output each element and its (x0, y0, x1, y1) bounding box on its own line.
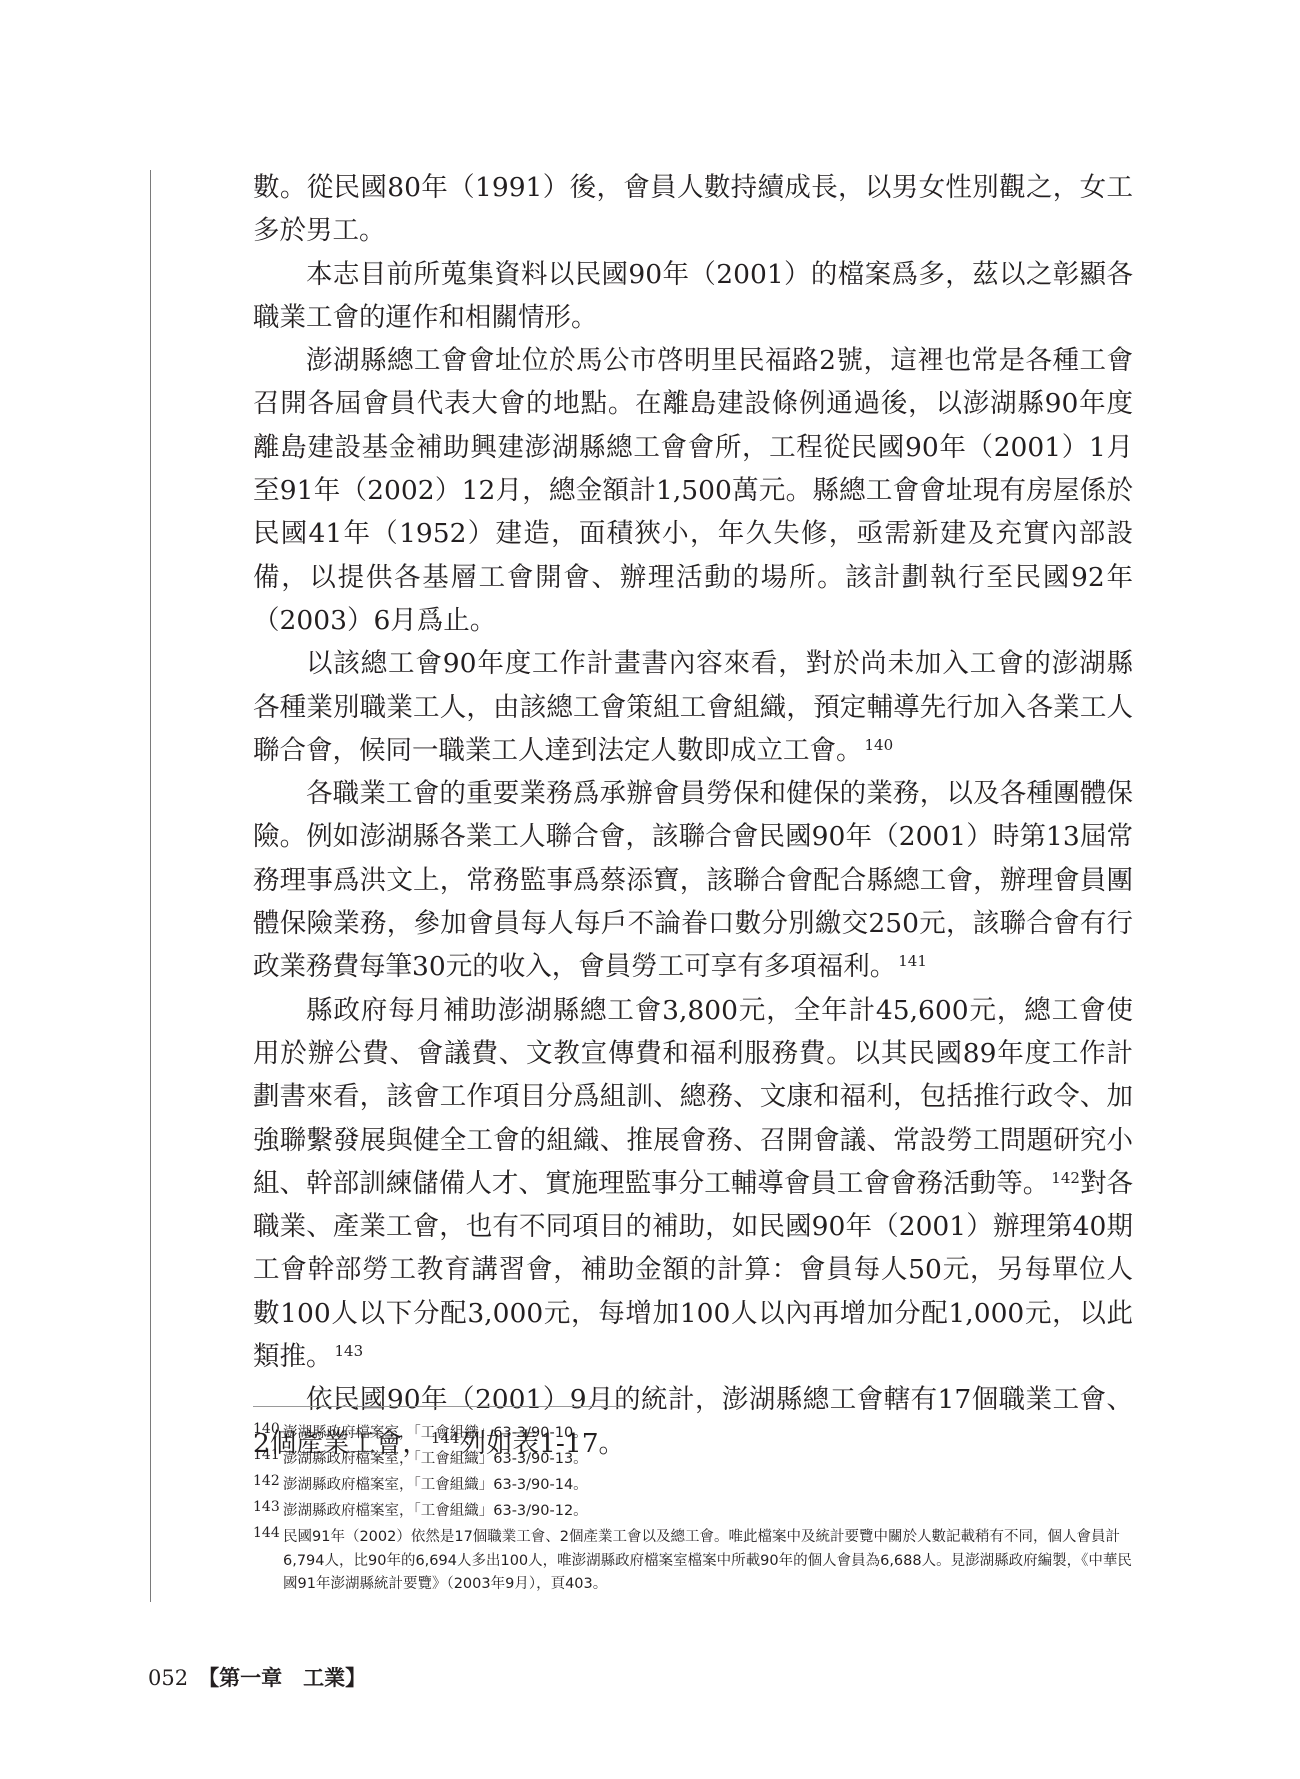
paragraph-text: 以該總工會90年度工作計畫書內容來看，對於尚未加入工會的澎湖縣各種業別職業工人，… (253, 648, 1133, 766)
margin-vertical-rule (150, 170, 151, 1602)
footnote-text: 澎湖縣政府檔案室，「工會組織」63-3/90-12。 (283, 1503, 588, 1519)
footnote-number: 141 (253, 1442, 280, 1468)
footnotes: 140 澎湖縣政府檔案室，「工會組織」63-3/90-10。 141 澎湖縣政府… (253, 1420, 1133, 1597)
paragraph-text: 本志目前所蒐集資料以民國90年（2001）的檔案爲多，茲以之彰顯各職業工會的運作… (253, 259, 1133, 333)
footnote-reference[interactable]: 141 (898, 952, 927, 970)
footnote-number: 144 (253, 1522, 280, 1546)
footnote-number: 142 (253, 1468, 280, 1494)
body-text: 數。從民國80年（1991）後，會員人數持續成長，以男女性別觀之，女工多於男工。… (253, 166, 1133, 1465)
footnote: 144 民國91年（2002）依然是17個職業工會、2個產業工會以及總工會。唯此… (253, 1526, 1133, 1597)
paragraph-text: 縣政府每月補助澎湖縣總工會3,800元，全年計45,600元，總工會使用於辦公費… (253, 995, 1133, 1199)
paragraph: 以該總工會90年度工作計畫書內容來看，對於尚未加入工會的澎湖縣各種業別職業工人，… (253, 642, 1133, 772)
footnote-text: 澎湖縣政府檔案室，「工會組織」63-3/90-13。 (283, 1451, 588, 1467)
footnote: 141 澎湖縣政府檔案室，「工會組織」63-3/90-13。 (253, 1446, 1133, 1472)
paragraph-text: 數。從民國80年（1991）後，會員人數持續成長，以男女性別觀之，女工多於男工。 (253, 172, 1133, 246)
page-footer: 052【第一章 工業】 (148, 1662, 366, 1692)
paragraph-text: 各職業工會的重要業務爲承辦會員勞保和健保的業務，以及各種團體保險。例如澎湖縣各業… (253, 778, 1133, 982)
footnote-reference[interactable]: 140 (865, 736, 894, 754)
footnote-text: 民國91年（2002）依然是17個職業工會、2個產業工會以及總工會。唯此檔案中及… (283, 1529, 1132, 1592)
footnote-number: 140 (253, 1416, 280, 1442)
footnote: 140 澎湖縣政府檔案室，「工會組織」63-3/90-10。 (253, 1420, 1133, 1446)
book-page: 數。從民國80年（1991）後，會員人數持續成長，以男女性別觀之，女工多於男工。… (0, 0, 1300, 1779)
footnote-separator (253, 1406, 618, 1407)
paragraph: 縣政府每月補助澎湖縣總工會3,800元，全年計45,600元，總工會使用於辦公費… (253, 989, 1133, 1379)
paragraph: 各職業工會的重要業務爲承辦會員勞保和健保的業務，以及各種團體保險。例如澎湖縣各業… (253, 772, 1133, 988)
paragraph-text: 澎湖縣總工會會址位於馬公市啓明里民福路2號，這裡也常是各種工會召開各屆會員代表大… (253, 345, 1133, 636)
footnote-text: 澎湖縣政府檔案室，「工會組織」63-3/90-10。 (283, 1425, 588, 1441)
paragraph: 澎湖縣總工會會址位於馬公市啓明里民福路2號，這裡也常是各種工會召開各屆會員代表大… (253, 339, 1133, 642)
paragraph: 本志目前所蒐集資料以民國90年（2001）的檔案爲多，茲以之彰顯各職業工會的運作… (253, 253, 1133, 340)
footnote-number: 143 (253, 1494, 280, 1520)
footnote-reference[interactable]: 142 (1051, 1169, 1080, 1187)
paragraph-continuation: 數。從民國80年（1991）後，會員人數持續成長，以男女性別觀之，女工多於男工。 (253, 166, 1133, 253)
footnote: 143 澎湖縣政府檔案室，「工會組織」63-3/90-12。 (253, 1498, 1133, 1524)
footnote: 142 澎湖縣政府檔案室，「工會組織」63-3/90-14。 (253, 1472, 1133, 1498)
footnote-reference[interactable]: 143 (335, 1342, 364, 1360)
page-number: 052 (148, 1666, 188, 1690)
chapter-title: 【第一章 工業】 (198, 1665, 366, 1690)
footnote-text: 澎湖縣政府檔案室，「工會組織」63-3/90-14。 (283, 1477, 588, 1493)
